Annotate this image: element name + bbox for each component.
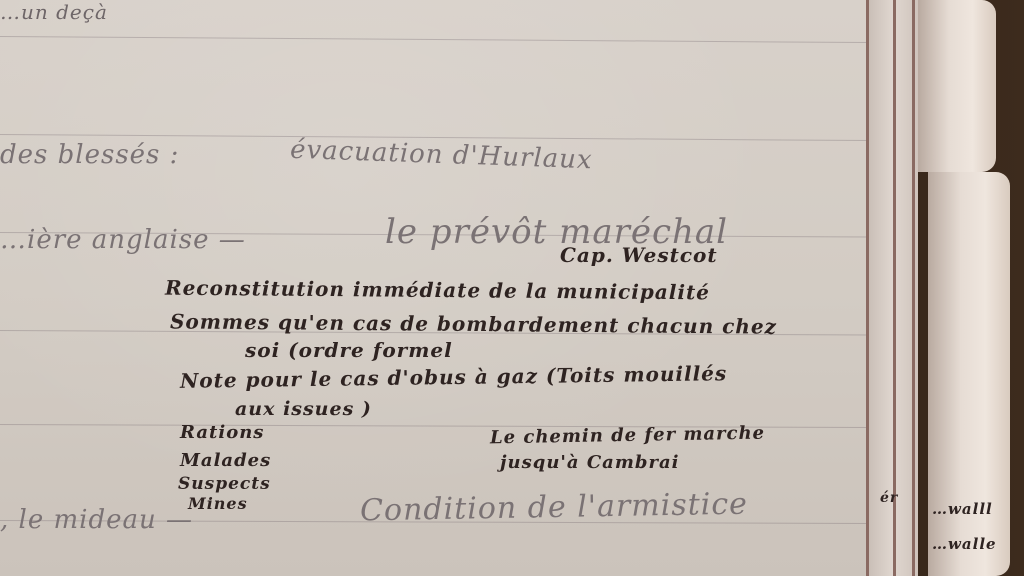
handwriting-line: Malades — [180, 450, 271, 471]
handwriting-line: Cap. Westcot — [560, 243, 718, 267]
handwriting-line: jusqu'à Cambrai — [500, 452, 679, 473]
handwriting-line: Rations — [180, 422, 264, 443]
handwriting-line: des blessés : — [0, 140, 179, 170]
adjacent-fragment: …walll — [932, 500, 993, 518]
handwriting-line: Condition de l'armistice — [360, 487, 748, 529]
handwriting-line: évacuation d'Hurlaux — [290, 135, 594, 176]
handwriting-line: …ière anglaise — — [0, 225, 246, 255]
handwriting-line: …un deçà — [0, 0, 108, 24]
handwriting-line: Mines — [188, 494, 248, 513]
handwriting-line: Le chemin de fer marche — [490, 423, 765, 449]
handwriting-line: soi (ordre formel — [245, 338, 453, 362]
page-flap-upper — [918, 0, 996, 172]
handwriting-line: Note pour le cas d'obus à gaz (Toits mou… — [180, 361, 728, 393]
handwriting-line: Sommes qu'en cas de bombardement chacun … — [170, 309, 777, 338]
notebook-page: …un deçà des blessés : évacuation d'Hurl… — [0, 0, 868, 576]
page-edge-line — [866, 0, 869, 576]
adjacent-fragment: …walle — [932, 535, 997, 553]
adjacent-fragment: ér — [880, 490, 898, 506]
notebook-photo: …un deçà des blessés : évacuation d'Hurl… — [0, 0, 1024, 576]
handwriting-line: Reconstitution immédiate de la municipal… — [165, 276, 710, 305]
handwriting-line: , le mideau — — [0, 505, 193, 535]
handwriting-line: Suspects — [178, 474, 271, 494]
handwriting-line: aux issues ) — [235, 398, 372, 420]
ruled-line — [0, 36, 868, 43]
page-edge-line — [912, 0, 915, 576]
